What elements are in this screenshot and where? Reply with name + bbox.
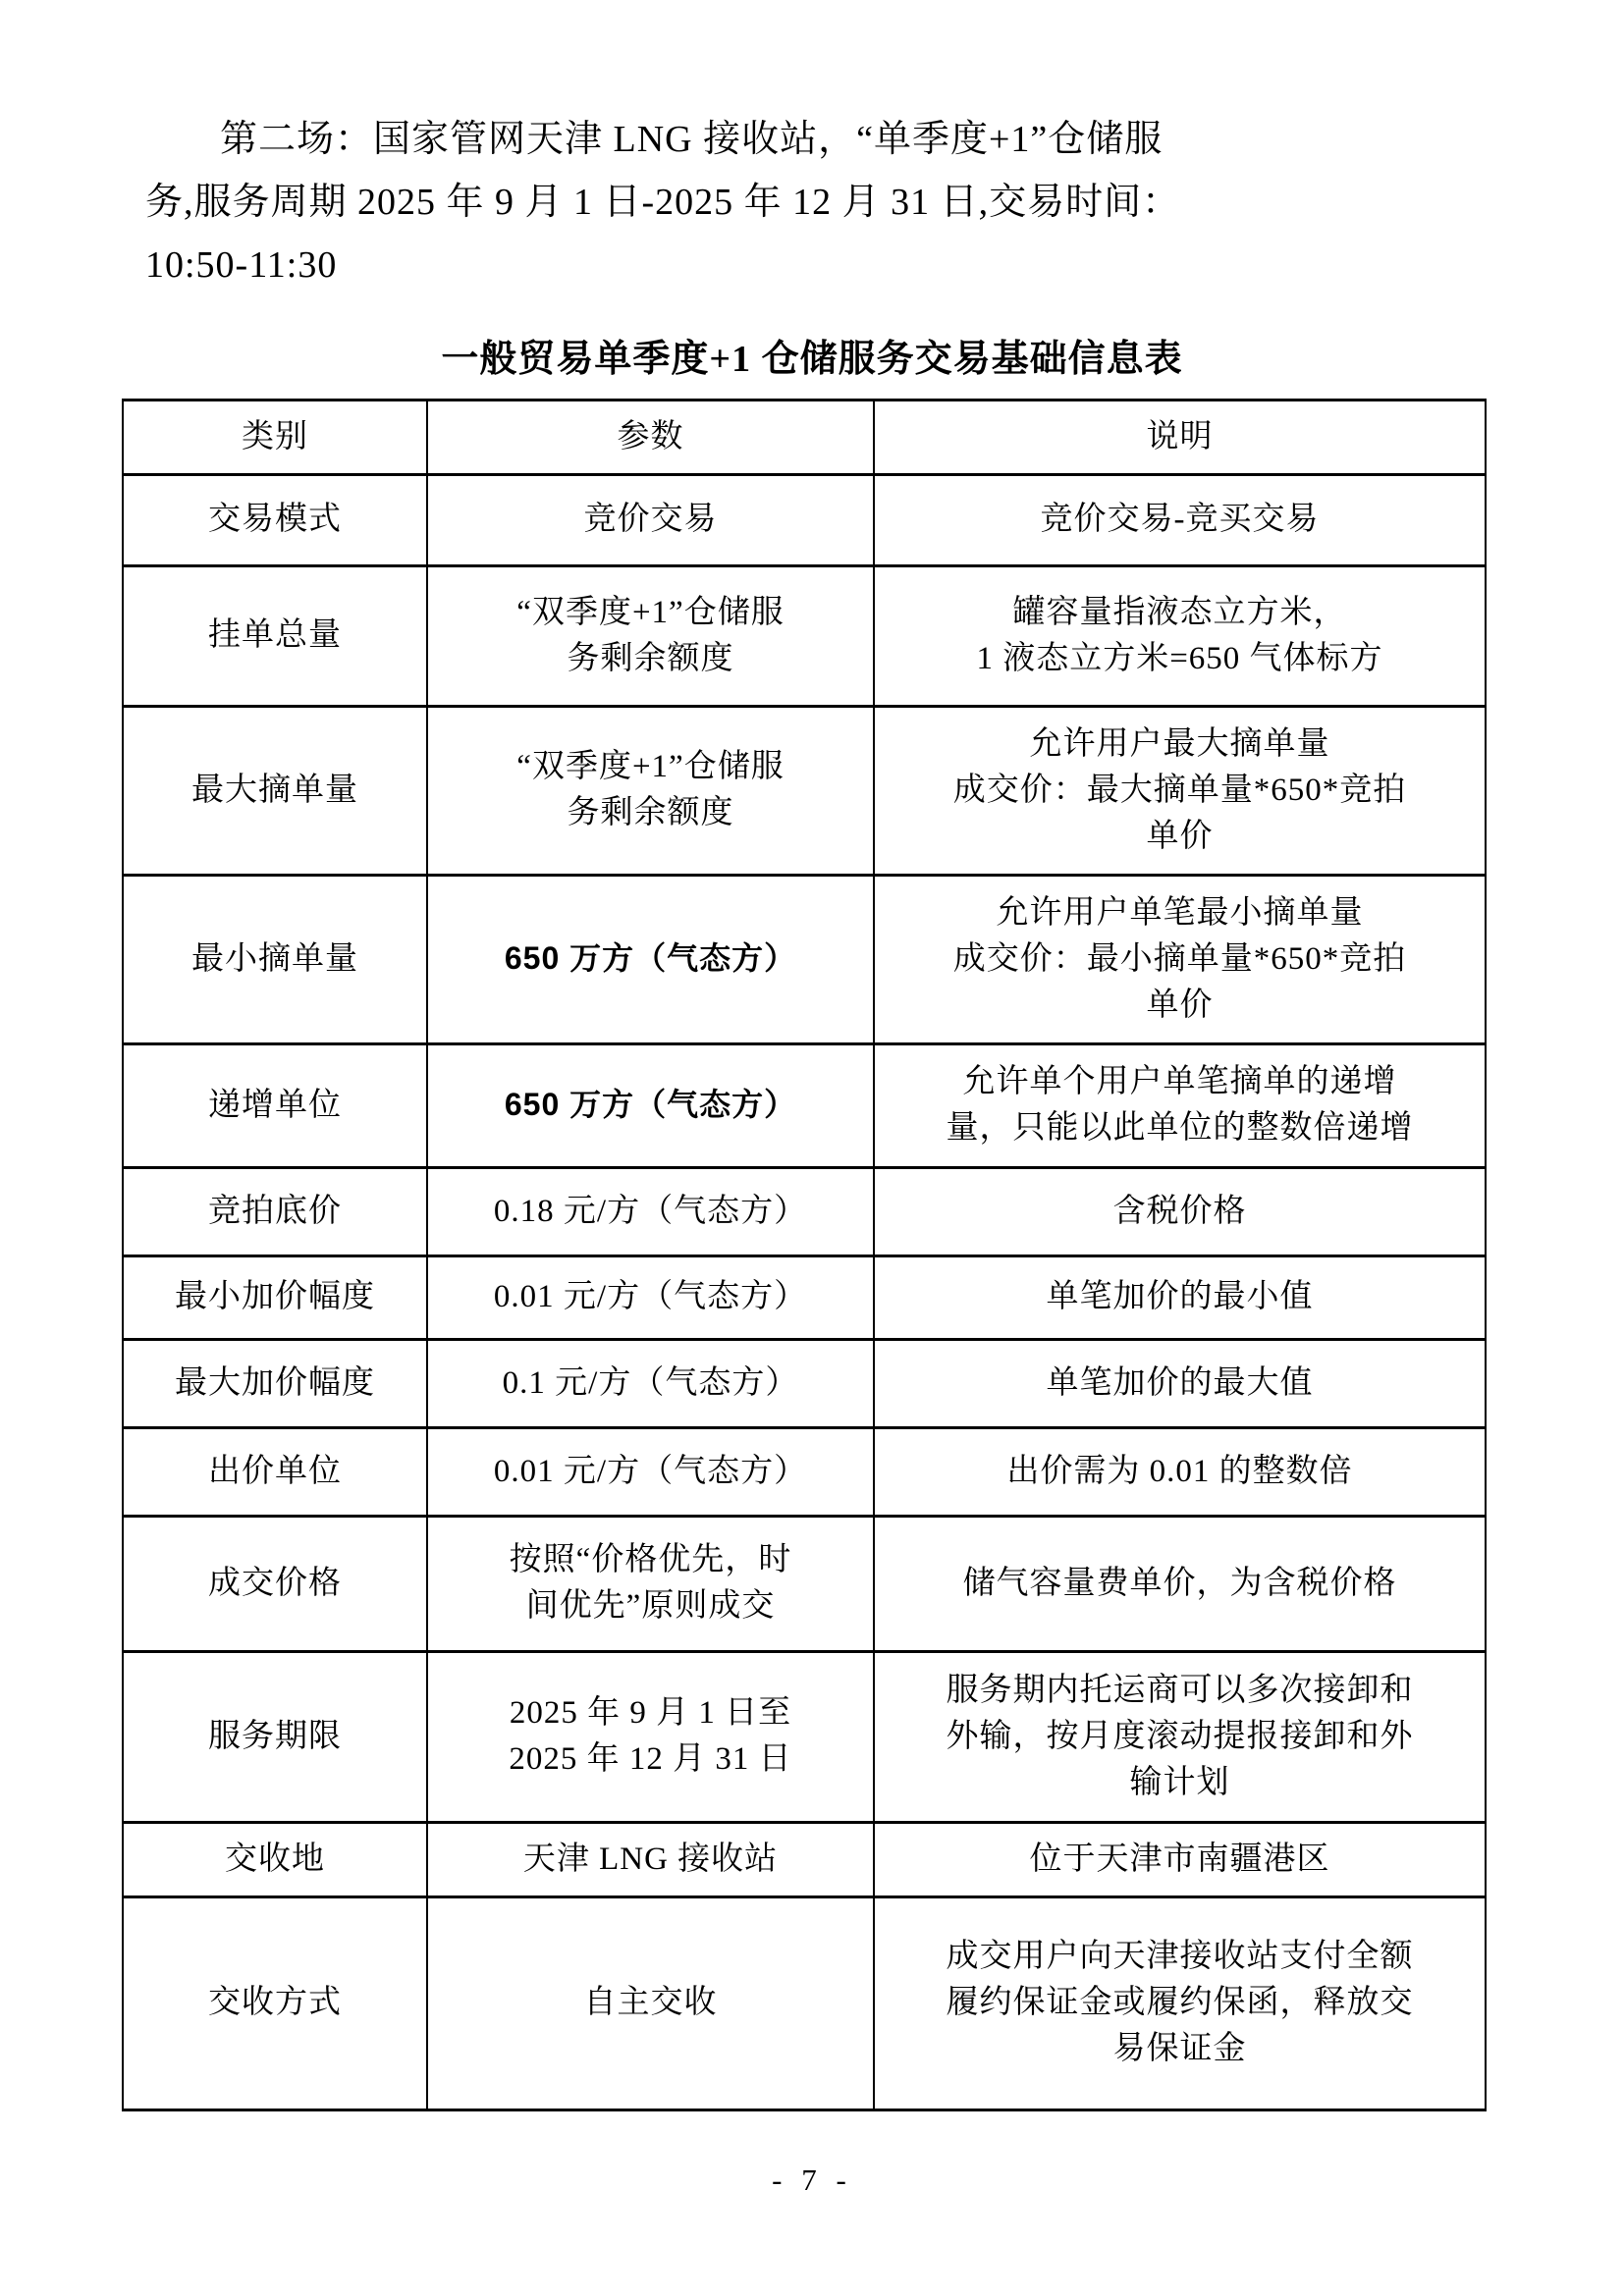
- param-cell: 天津 LNG 接收站: [427, 1822, 874, 1896]
- category-cell: 成交价格: [123, 1516, 427, 1651]
- category-cell: 交易模式: [123, 474, 427, 565]
- param-cell: 0.01 元/方（气态方）: [427, 1255, 874, 1339]
- desc-cell: 单笔加价的最大值: [874, 1339, 1486, 1427]
- category-cell: 最大摘单量: [123, 706, 427, 875]
- desc-cell: 竞价交易-竞买交易: [874, 474, 1486, 565]
- table-row: 最大摘单量 “双季度+1”仓储服 务剩余额度 允许用户最大摘单量 成交价：最大摘…: [123, 706, 1486, 875]
- param-cell: “双季度+1”仓储服 务剩余额度: [427, 706, 874, 875]
- category-cell: 最大加价幅度: [123, 1339, 427, 1427]
- category-cell: 交收方式: [123, 1896, 427, 2109]
- table-row: 交收方式 自主交收 成交用户向天津接收站支付全额 履约保证金或履约保函，释放交 …: [123, 1896, 1486, 2109]
- header-parameter: 参数: [427, 400, 874, 474]
- table-row: 最小摘单量 650 万方（气态方） 允许用户单笔最小摘单量 成交价：最小摘单量*…: [123, 875, 1486, 1043]
- header-category: 类别: [123, 400, 427, 474]
- category-cell: 出价单位: [123, 1427, 427, 1516]
- desc-cell: 含税价格: [874, 1167, 1486, 1255]
- intro-paragraph: 第二场：国家管网天津 LNG 接收站，“单季度+1”仓储服 务,服务周期 202…: [145, 0, 1451, 296]
- param-cell: 0.18 元/方（气态方）: [427, 1167, 874, 1255]
- table-row: 服务期限 2025 年 9 月 1 日至 2025 年 12 月 31 日 服务…: [123, 1651, 1486, 1822]
- desc-cell: 罐容量指液态立方米， 1 液态立方米=650 气体标方: [874, 565, 1486, 706]
- param-cell: 650 万方（气态方）: [427, 875, 874, 1043]
- param-cell: 自主交收: [427, 1896, 874, 2109]
- category-cell: 最小摘单量: [123, 875, 427, 1043]
- param-cell: 0.01 元/方（气态方）: [427, 1427, 874, 1516]
- table-row: 挂单总量 “双季度+1”仓储服 务剩余额度 罐容量指液态立方米， 1 液态立方米…: [123, 565, 1486, 706]
- category-cell: 挂单总量: [123, 565, 427, 706]
- table-header-row: 类别 参数 说明: [123, 400, 1486, 474]
- desc-cell: 允许用户单笔最小摘单量 成交价：最小摘单量*650*竞拍 单价: [874, 875, 1486, 1043]
- desc-cell: 成交用户向天津接收站支付全额 履约保证金或履约保函，释放交 易保证金: [874, 1896, 1486, 2109]
- table-row: 最大加价幅度 0.1 元/方（气态方） 单笔加价的最大值: [123, 1339, 1486, 1427]
- table-row: 递增单位 650 万方（气态方） 允许单个用户单笔摘单的递增 量，只能以此单位的…: [123, 1043, 1486, 1167]
- table-row: 交易模式 竞价交易 竞价交易-竞买交易: [123, 474, 1486, 565]
- category-cell: 交收地: [123, 1822, 427, 1896]
- category-cell: 竞拍底价: [123, 1167, 427, 1255]
- table-row: 成交价格 按照“价格优先，时 间优先”原则成交 储气容量费单价，为含税价格: [123, 1516, 1486, 1651]
- table-row: 竞拍底价 0.18 元/方（气态方） 含税价格: [123, 1167, 1486, 1255]
- header-description: 说明: [874, 400, 1486, 474]
- desc-cell: 服务期内托运商可以多次接卸和 外输，按月度滚动提报接卸和外 输计划: [874, 1651, 1486, 1822]
- table-row: 交收地 天津 LNG 接收站 位于天津市南疆港区: [123, 1822, 1486, 1896]
- param-cell: 按照“价格优先，时 间优先”原则成交: [427, 1516, 874, 1651]
- category-cell: 最小加价幅度: [123, 1255, 427, 1339]
- page-number: - 7 -: [0, 2163, 1624, 2198]
- document-page: 第二场：国家管网天津 LNG 接收站，“单季度+1”仓储服 务,服务周期 202…: [0, 0, 1624, 2296]
- param-cell: 2025 年 9 月 1 日至 2025 年 12 月 31 日: [427, 1651, 874, 1822]
- param-cell: 竞价交易: [427, 474, 874, 565]
- param-cell: 0.1 元/方（气态方）: [427, 1339, 874, 1427]
- table-row: 最小加价幅度 0.01 元/方（气态方） 单笔加价的最小值: [123, 1255, 1486, 1339]
- desc-cell: 单笔加价的最小值: [874, 1255, 1486, 1339]
- table-row: 出价单位 0.01 元/方（气态方） 出价需为 0.01 的整数倍: [123, 1427, 1486, 1516]
- desc-cell: 出价需为 0.01 的整数倍: [874, 1427, 1486, 1516]
- desc-cell: 允许用户最大摘单量 成交价：最大摘单量*650*竞拍 单价: [874, 706, 1486, 875]
- category-cell: 服务期限: [123, 1651, 427, 1822]
- info-table: 类别 参数 说明 交易模式 竞价交易 竞价交易-竞买交易 挂单总量 “双季度+1…: [122, 399, 1487, 2111]
- table-title: 一般贸易单季度+1 仓储服务交易基础信息表: [0, 338, 1624, 383]
- param-cell: “双季度+1”仓储服 务剩余额度: [427, 565, 874, 706]
- desc-cell: 允许单个用户单笔摘单的递增 量，只能以此单位的整数倍递增: [874, 1043, 1486, 1167]
- category-cell: 递增单位: [123, 1043, 427, 1167]
- desc-cell: 位于天津市南疆港区: [874, 1822, 1486, 1896]
- desc-cell: 储气容量费单价，为含税价格: [874, 1516, 1486, 1651]
- param-cell: 650 万方（气态方）: [427, 1043, 874, 1167]
